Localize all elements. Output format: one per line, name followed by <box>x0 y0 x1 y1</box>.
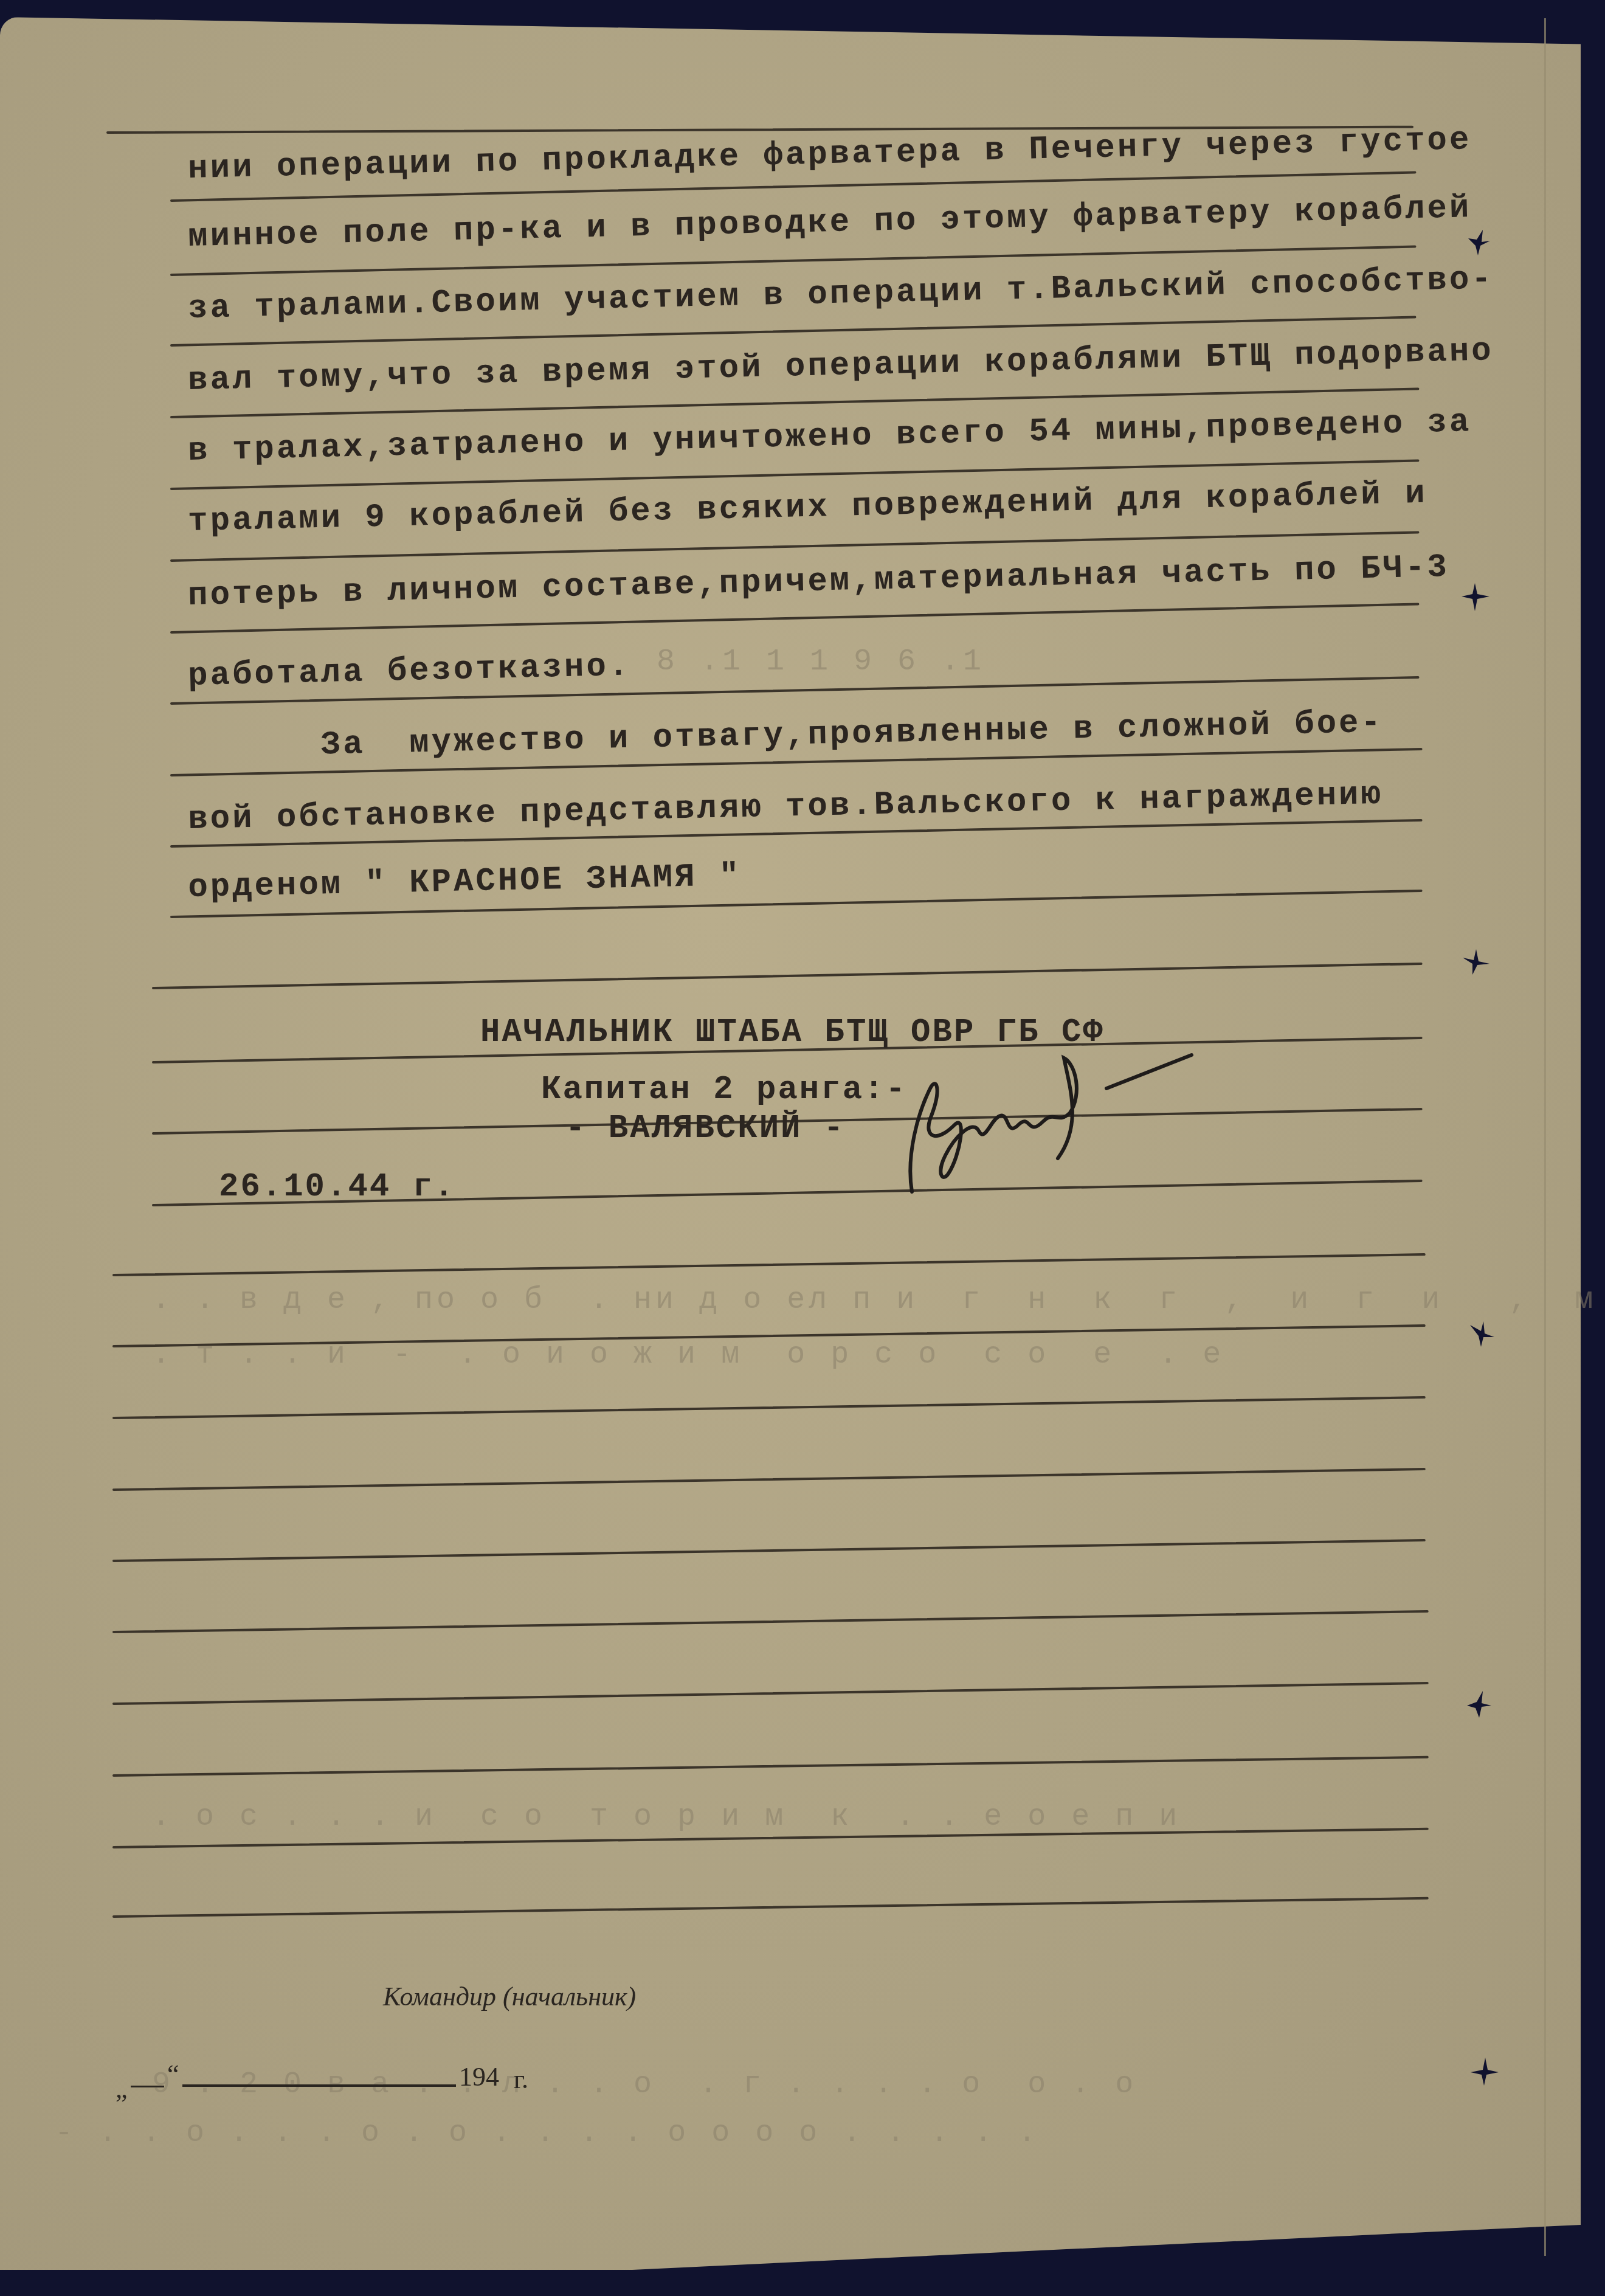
binder-hole-icon <box>1459 946 1492 978</box>
month-blank <box>182 2084 456 2087</box>
signer-rank: Капитан 2 ранга:- <box>541 1071 907 1108</box>
date-open-quote: „ <box>116 2073 128 2104</box>
bleed-through-text: 8 .1 1 1 9 6 .1 <box>657 645 985 679</box>
binder-hole-icon <box>1462 225 1495 258</box>
binder-hole-icon <box>1465 1316 1498 1349</box>
bleed-through-text: . . в д е , по о б . ни д о ел п и г н к… <box>152 1283 1605 1318</box>
date-close-quote: “ <box>167 2059 179 2090</box>
binder-hole-icon <box>1459 581 1492 614</box>
year-prefix: 194 <box>459 2061 499 2092</box>
signer-title: НАЧАЛЬНИК ШТАБА БТЩ ОВР ГБ СФ <box>480 1014 1105 1051</box>
bleed-through-text: . т . . и - . о и о ж и м о р с о с о е … <box>152 1338 1224 1372</box>
bleed-through-text: - . . о . . . о . о . . . . о о о о . . … <box>55 2116 1040 2151</box>
day-blank <box>131 2086 164 2087</box>
bleed-through-text: . о с . . . и с о т о р и м к . . е о е … <box>152 1800 1181 1834</box>
handwritten-signature-icon <box>888 1052 1204 1210</box>
page-fold-crease <box>1544 18 1546 2256</box>
year-suffix: г. <box>514 2064 528 2095</box>
document-date: 26.10.44 г. <box>219 1169 455 1206</box>
signer-name: - ВАЛЯВСКИЙ - <box>565 1110 845 1147</box>
commander-label: Командир (начальник) <box>383 1981 636 2012</box>
binder-hole-icon <box>1468 2055 1501 2088</box>
binder-hole-icon <box>1462 1687 1495 1720</box>
